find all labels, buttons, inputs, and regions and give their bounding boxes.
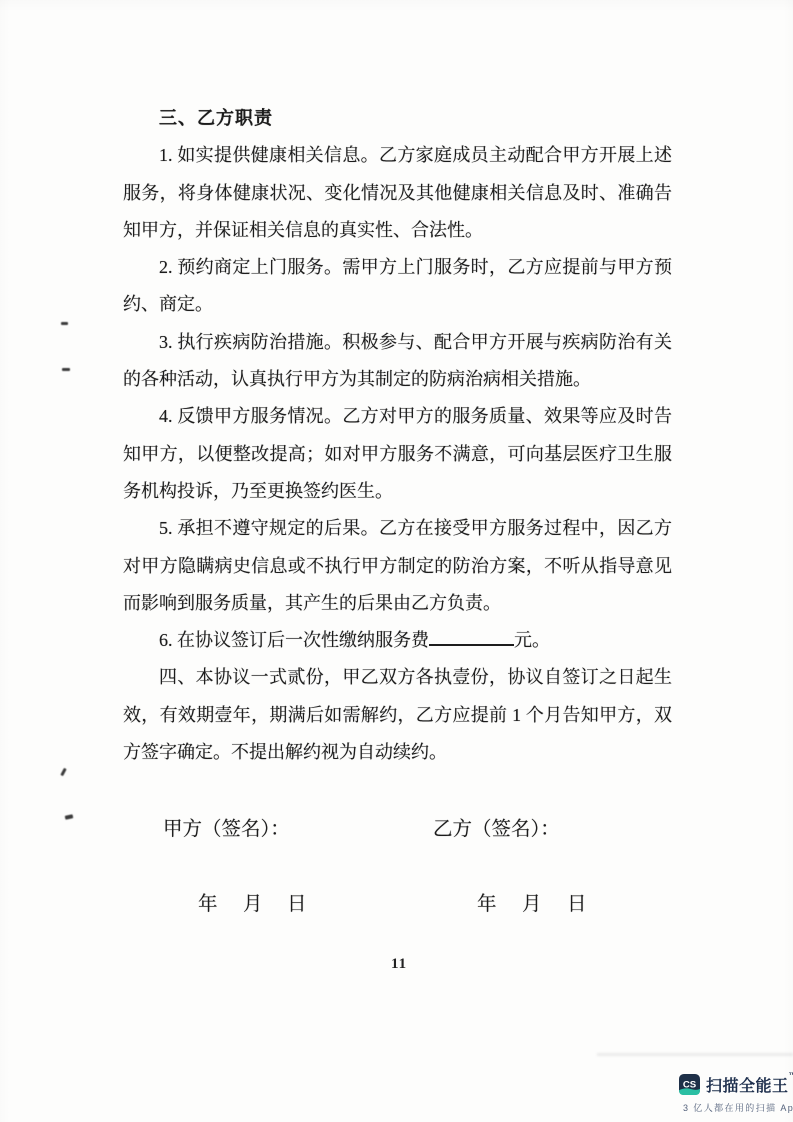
party-b-signature-label: 乙方（签名）： (433, 813, 560, 841)
party-b-month-label: 月 (522, 888, 542, 916)
party-b-day-label: 日 (567, 888, 587, 916)
scan-artifact-mark (62, 368, 70, 371)
camscanner-logo-icon: CS (679, 1074, 700, 1095)
scan-edge-shadow (597, 1053, 793, 1056)
party-a-signature-label: 甲方（签名）： (163, 813, 290, 841)
camscanner-watermark: CS 扫描全能王™ 3 亿人都在用的扫描 App (679, 1071, 793, 1116)
document-line: 对甲方隐瞒病史信息或不执行甲方制定的防治方案，不听从指导意见 (123, 548, 672, 585)
party-a-day-label: 日 (287, 888, 307, 916)
document-line: 效，有效期壹年，期满后如需解约，乙方应提前 1 个月告知甲方，双 (123, 697, 672, 734)
document-line: 的各种活动，认真执行甲方为其制定的防病治病相关措施。 (123, 361, 672, 398)
document-line: 1. 如实提供健康相关信息。乙方家庭成员主动配合甲方开展上述 (123, 137, 672, 174)
camscanner-brand-name: 扫描全能王™ (706, 1073, 793, 1096)
document-line: 四、本协议一式贰份，甲乙双方各执壹份，协议自签订之日起生 (123, 659, 672, 696)
party-b-year-label: 年 (477, 888, 497, 916)
document-body: 三、乙方职责1. 如实提供健康相关信息。乙方家庭成员主动配合甲方开展上述服务，将… (123, 100, 672, 771)
scan-artifact-mark (60, 768, 66, 776)
document-line: 方签字确定。不提出解约视为自动续约。 (123, 734, 672, 771)
camscanner-tagline: 3 亿人都在用的扫描 App (683, 1101, 793, 1114)
svg-text:CS: CS (683, 1080, 697, 1091)
section-heading: 三、乙方职责 (123, 100, 672, 137)
document-line: 知甲方，并保证相关信息的真实性、合法性。 (123, 212, 672, 249)
scan-artifact-mark (65, 814, 74, 820)
document-line: 务机构投诉，乃至更换签约医生。 (123, 473, 672, 510)
document-line: 服务，将身体健康状况、变化情况及其他健康相关信息及时、准确告 (123, 175, 672, 212)
document-line: 知甲方，以便整改提高；如对甲方服务不满意，可向基层医疗卫生服 (123, 436, 672, 473)
scan-artifact-mark (61, 322, 68, 325)
document-line: 3. 执行疾病防治措施。积极参与、配合甲方开展与疾病防治有关 (123, 324, 672, 361)
party-a-month-label: 月 (243, 888, 263, 916)
party-a-year-label: 年 (198, 888, 218, 916)
service-fee-blank-field (429, 629, 514, 646)
document-line: 4. 反馈甲方服务情况。乙方对甲方的服务质量、效果等应及时告 (123, 398, 672, 435)
document-line: 约、商定。 (123, 286, 672, 323)
scanned-document-page: 三、乙方职责1. 如实提供健康相关信息。乙方家庭成员主动配合甲方开展上述服务，将… (0, 0, 793, 1122)
document-line: 2. 预约商定上门服务。需甲方上门服务时，乙方应提前与甲方预 (123, 249, 672, 286)
trademark-symbol: ™ (789, 1071, 793, 1080)
page-number: 11 (391, 956, 407, 973)
document-line: 而影响到服务质量，其产生的后果由乙方负责。 (123, 585, 672, 622)
document-line: 5. 承担不遵守规定的后果。乙方在接受甲方服务过程中，因乙方 (123, 510, 672, 547)
document-line: 6. 在协议签订后一次性缴纳服务费元。 (123, 622, 672, 659)
